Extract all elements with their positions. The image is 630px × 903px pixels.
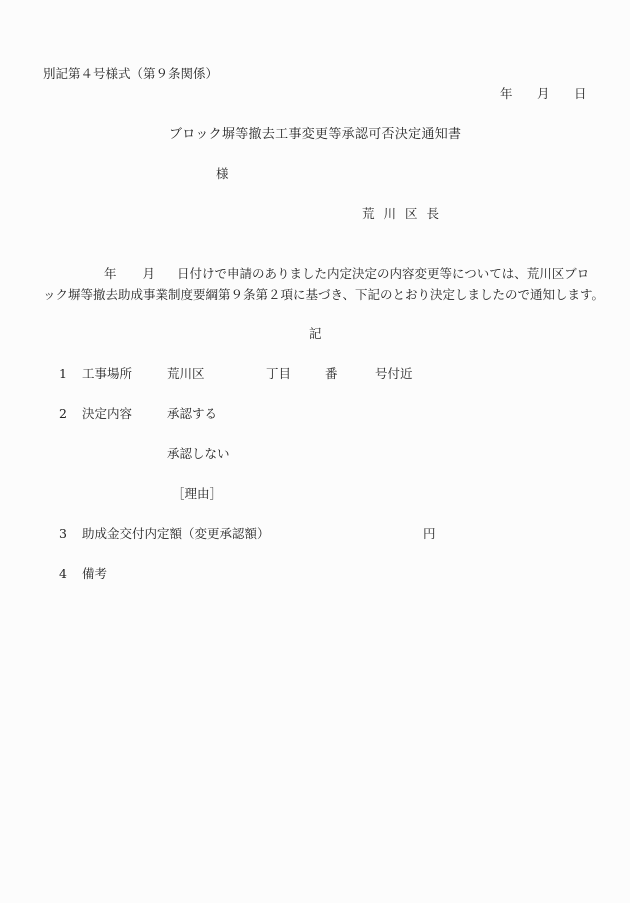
issuer-name: 荒川区長 bbox=[362, 208, 448, 221]
date-year-label: 年 bbox=[500, 88, 513, 101]
item-number: 4 bbox=[59, 568, 67, 581]
ward-name: 荒川区 bbox=[167, 368, 205, 381]
option-reject: 承認しない bbox=[167, 448, 230, 461]
date-month-label: 月 bbox=[537, 88, 550, 101]
body-date-year: 年 bbox=[104, 266, 117, 281]
item-number: 2 bbox=[59, 408, 67, 421]
option-approve: 承認する bbox=[167, 408, 217, 421]
form-identifier: 別記第４号様式（第９条関係） bbox=[43, 68, 218, 81]
item-label: 備考 bbox=[82, 568, 107, 581]
ki-heading: 記 bbox=[309, 328, 322, 341]
document-title: ブロック塀等撤去工事変更等承認可否決定通知書 bbox=[169, 128, 461, 141]
body-text-line-2: ック塀等撤去助成事業制度要綱第９条第２項に基づき、下記のとおり決定しましたので通… bbox=[43, 289, 604, 302]
chome-label: 丁目 bbox=[266, 368, 291, 381]
addressee-suffix: 様 bbox=[216, 168, 229, 181]
date-day-label: 日 bbox=[574, 88, 587, 101]
item-number: 1 bbox=[59, 368, 67, 381]
item-label: 決定内容 bbox=[82, 408, 132, 421]
body-text-line-1: 年月日付けで申請のありました内定決定の内容変更等については、荒川区ブロ bbox=[104, 268, 589, 281]
item-label: 助成金交付内定額（変更承認額） bbox=[82, 528, 270, 541]
body-date-month: 月 bbox=[143, 266, 156, 281]
reason-label: ［理由］ bbox=[172, 488, 222, 501]
item-number: 3 bbox=[59, 528, 67, 541]
ban-label: 番 bbox=[325, 368, 338, 381]
yen-unit: 円 bbox=[423, 528, 436, 541]
go-label: 号付近 bbox=[375, 368, 413, 381]
item-label: 工事場所 bbox=[82, 368, 132, 381]
body-text-rest: 日付けで申請のありました内定決定の内容変更等については、荒川区ブロ bbox=[177, 266, 589, 281]
